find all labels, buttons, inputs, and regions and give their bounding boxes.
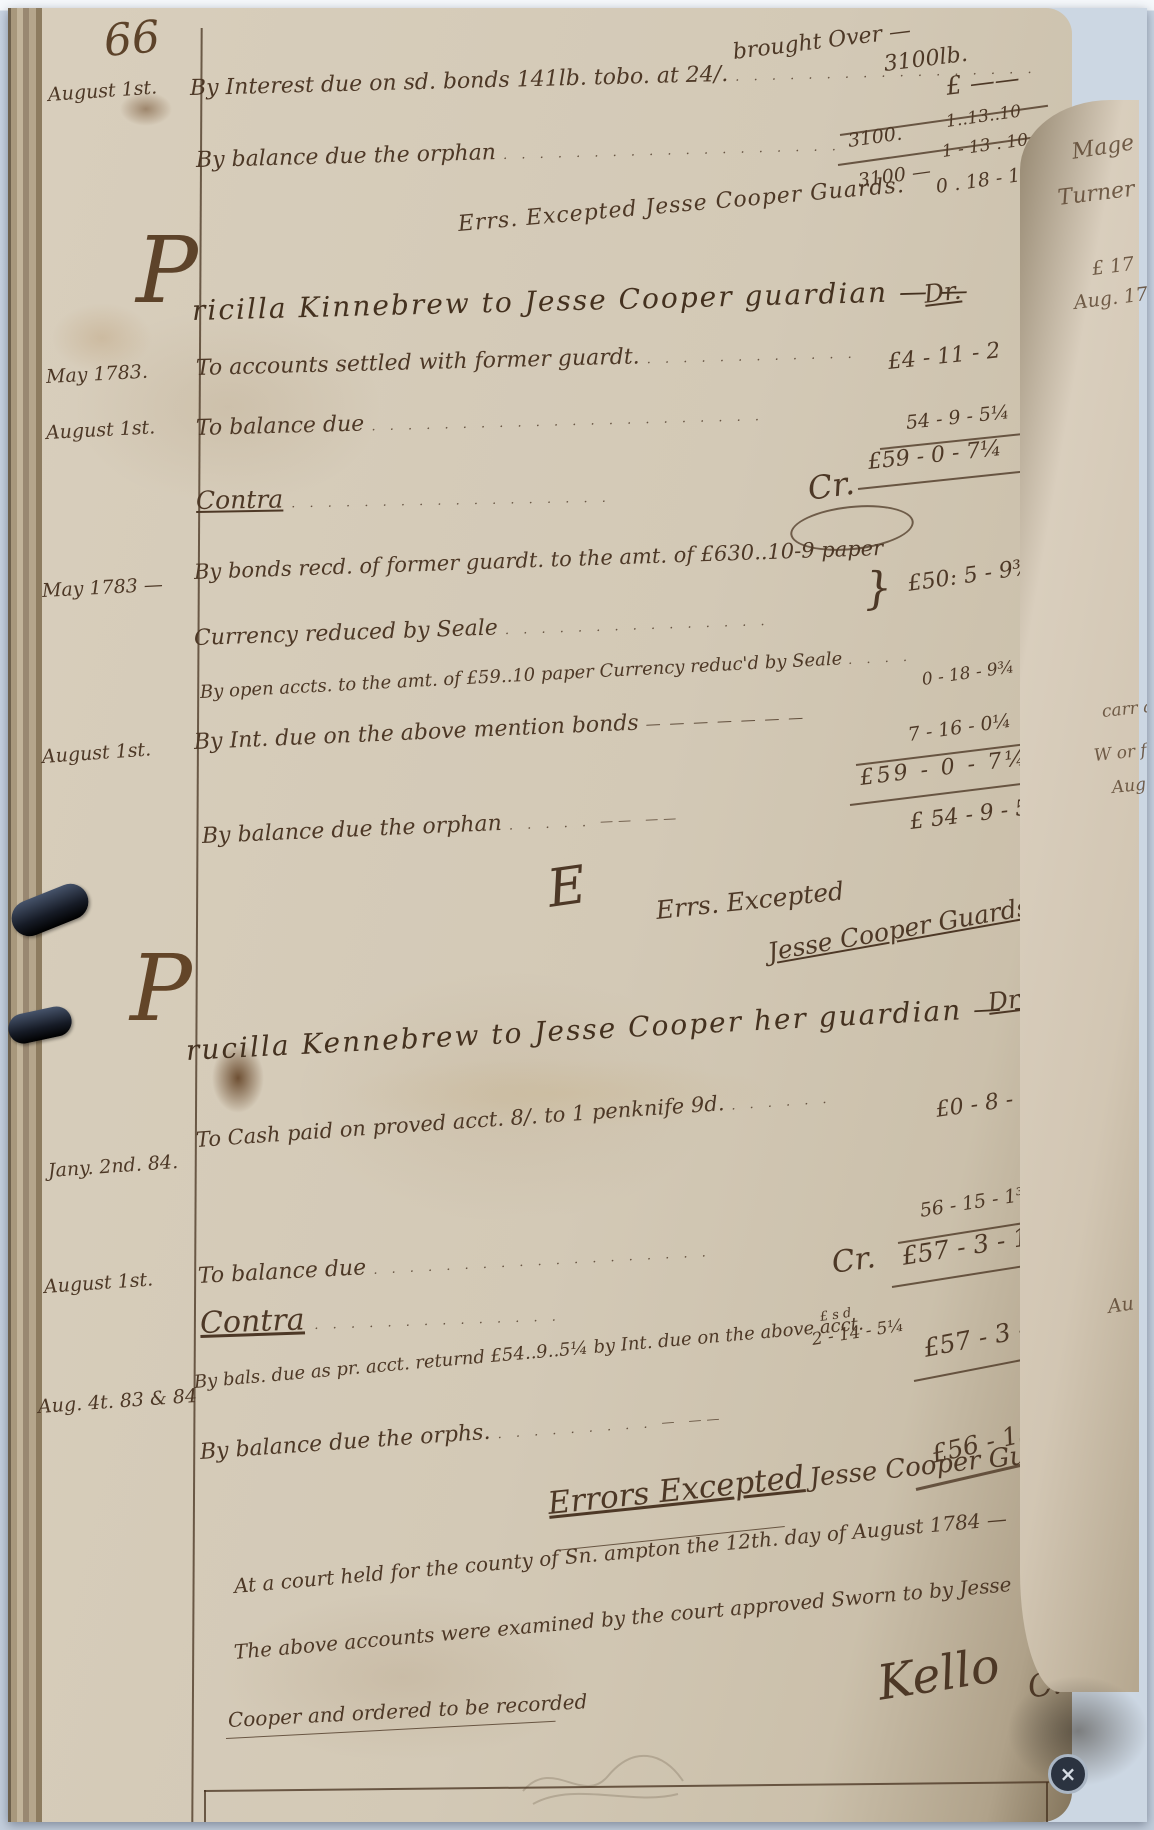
adjacent-fragment: Au	[1106, 1292, 1135, 1317]
adjacent-fragment: Aug	[1111, 774, 1147, 797]
adjacent-fragment: Aug. 17	[1073, 283, 1147, 314]
contra-text: Contra	[196, 484, 284, 515]
dot-leader: . . . .	[848, 650, 913, 668]
page-number: 66	[102, 19, 161, 59]
contra-text: Contra	[199, 1302, 305, 1341]
close-button[interactable]: ×	[1048, 1754, 1088, 1794]
adjacent-fragment: Turner	[1056, 177, 1136, 211]
adjacent-fragment: £ 17	[1091, 253, 1136, 280]
brace: }	[862, 562, 893, 615]
viewer-background: { "viewer": { "close_icon": "×" }, "adja…	[0, 0, 1154, 1830]
ornate-initial: P	[136, 234, 198, 308]
dot-leader: . . . . . . . . . . . . . . . . . .	[291, 491, 611, 512]
close-icon: ×	[1060, 1762, 1077, 1786]
pencil-scribble	[513, 1736, 693, 1816]
attest-flourish: E	[544, 855, 590, 920]
ornate-initial-blotted: P	[130, 952, 192, 1026]
bottom-section-rule-right	[1046, 1782, 1048, 1822]
adjacent-fragment: W or for	[1093, 739, 1147, 766]
entry-text: To balance due	[196, 412, 365, 441]
bottom-section-rule-left	[204, 1790, 206, 1822]
cr-label: Cr.	[805, 464, 856, 508]
document-photo: 66 August 1st. brought Over — 3100lb. £ …	[8, 8, 1147, 1822]
cr-label-2: Cr.	[830, 1240, 878, 1281]
dot-leader: . . . . . . . . . . . . . .	[314, 1309, 561, 1333]
adjacent-fragment: Mage	[1070, 130, 1136, 165]
adjacent-fragment: carr a	[1101, 697, 1147, 722]
dot-leader: . . . . . . . . . . . .	[646, 347, 856, 367]
account1-dr-label: Dr.	[922, 276, 962, 309]
adjacent-page: Mage Turner £ 17 Aug. 17 carr a W or for…	[1020, 100, 1139, 1692]
